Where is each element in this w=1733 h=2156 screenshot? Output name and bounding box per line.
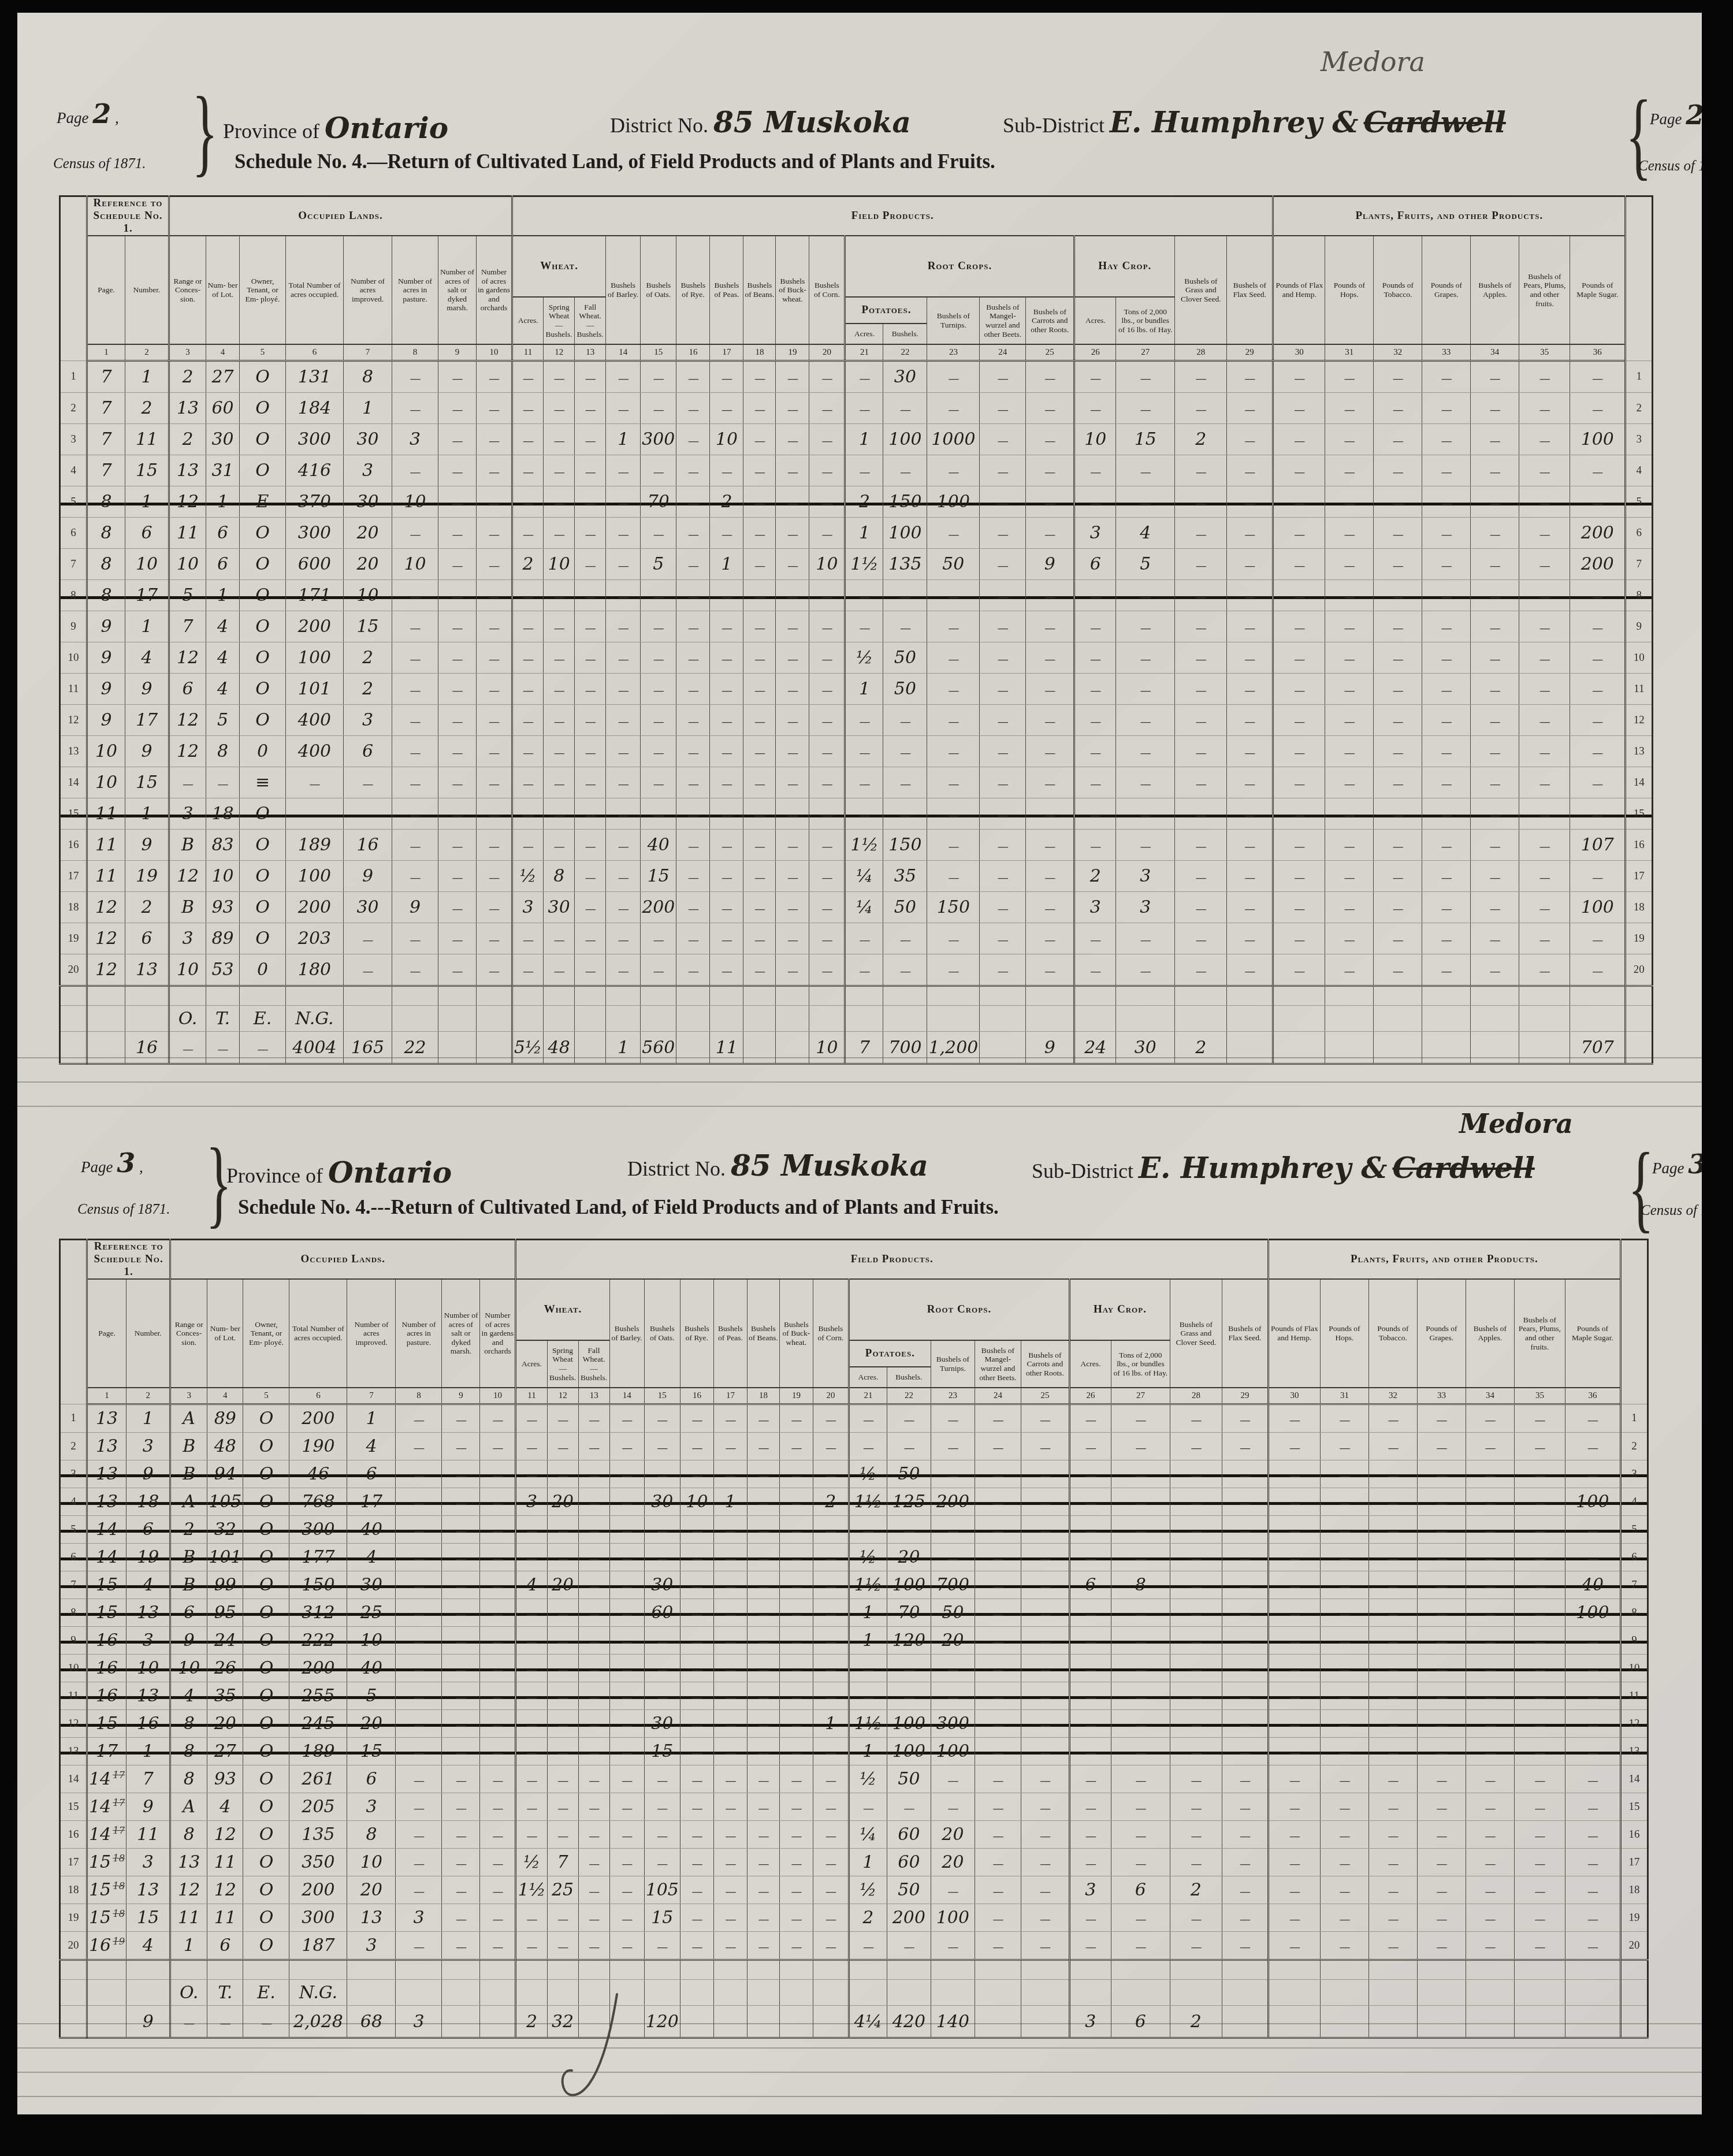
row-number-left: 7 [60, 549, 87, 580]
row-number-left: 13 [60, 736, 87, 767]
cell: — [776, 611, 809, 642]
cell: 10 [87, 736, 125, 767]
cell: — [713, 1655, 747, 1682]
cell: — [1519, 798, 1570, 830]
cell: — [477, 549, 512, 580]
cell: 1 [206, 486, 240, 518]
table-row: 1310912804006———————————————————————————… [60, 736, 1653, 767]
cell: — [1374, 361, 1422, 393]
cell: — [1565, 1516, 1620, 1544]
cell: — [1116, 767, 1175, 798]
cell: — [1074, 674, 1116, 705]
cell: — [747, 1488, 779, 1516]
cell: — [813, 1738, 849, 1765]
cell: 370 [286, 486, 344, 518]
cell: — [1374, 705, 1422, 736]
cell: O [243, 1404, 289, 1433]
row-number-right: 12 [1620, 1710, 1648, 1738]
cell: — [1325, 674, 1374, 705]
cell: 107 [1570, 830, 1626, 861]
cell [243, 1960, 289, 1980]
cell: 100 [887, 1710, 931, 1738]
cell: 25 [547, 1876, 578, 1904]
cell: — [609, 1682, 644, 1710]
cell: — [1514, 1932, 1565, 1960]
cell: — [931, 1460, 975, 1488]
row-number-right: 2 [1626, 393, 1653, 424]
subdistrict-handwritten: E. Humphrey & [1110, 105, 1359, 139]
cell: 9 [1026, 549, 1074, 580]
cell: 6 [169, 674, 206, 705]
cell: — [1268, 1571, 1320, 1599]
row-number-left: 5 [60, 486, 87, 518]
column-header-carrots: Bushels of Carrots and other Roots. [1021, 1340, 1069, 1388]
cell: 1518 [87, 1904, 127, 1932]
cell: 20 [547, 1488, 578, 1516]
cell: — [1466, 1488, 1514, 1516]
cell: — [747, 1460, 779, 1488]
cell: 187 [289, 1932, 347, 1960]
cell: 300 [286, 518, 344, 549]
cell [347, 1960, 396, 1980]
cell: 17 [125, 580, 169, 611]
cell: — [516, 1460, 547, 1488]
cell: 12 [169, 736, 206, 767]
cell: — [512, 611, 544, 642]
cell: — [1422, 674, 1471, 705]
row-number-right: 18 [1620, 1876, 1648, 1904]
cell: — [813, 1627, 849, 1655]
cell: — [396, 1516, 442, 1544]
cell [813, 1980, 849, 2006]
cell: — [1514, 1433, 1565, 1460]
cell: — [544, 798, 575, 830]
column-header-wheat-acres: Acres. [516, 1340, 547, 1388]
cell: 135 [289, 1821, 347, 1849]
cell: — [609, 1738, 644, 1765]
cell: — [575, 580, 606, 611]
cell: — [1111, 1821, 1170, 1849]
column-header: Bushels of Pears, Plums, and other fruit… [1519, 236, 1570, 344]
cell [680, 1980, 713, 2006]
cell: — [578, 1627, 609, 1655]
row-number-left [60, 1006, 87, 1032]
cell: — [849, 1433, 887, 1460]
cell: — [849, 1682, 887, 1710]
cell: — [1368, 1793, 1417, 1821]
cell: 10 [809, 549, 845, 580]
province-handwritten: Ontario [328, 1155, 452, 1189]
cell: 15 [641, 861, 676, 892]
district-label: District No. 85 Muskoka [610, 105, 911, 139]
column-header: Bushels of Buck- wheat. [776, 236, 809, 344]
cell: O [243, 1627, 289, 1655]
column-header-potato-bushels: Bushels. [883, 324, 927, 344]
cell: — [1565, 1876, 1620, 1904]
cell: — [477, 736, 512, 767]
cell: 100 [1570, 424, 1626, 455]
cell: 17 [87, 1738, 127, 1765]
cell: 20 [931, 1849, 975, 1876]
row-number-left: 8 [60, 1599, 87, 1627]
row-number-left: 18 [60, 1876, 87, 1904]
cell: — [713, 1849, 747, 1876]
cell: — [1021, 1821, 1069, 1849]
cell: — [1074, 642, 1116, 674]
cell: 31 [206, 455, 240, 486]
cell: — [644, 1765, 680, 1793]
cell: — [1268, 1710, 1320, 1738]
cell: 1,200 [927, 1032, 980, 1064]
cell: — [1175, 674, 1227, 705]
cell: 6 [125, 923, 169, 954]
column-header-number: Number. [127, 1279, 170, 1388]
cell: 70 [887, 1599, 931, 1627]
cell: — [516, 1904, 547, 1932]
cell: N.G. [286, 1006, 344, 1032]
cell: — [1320, 1627, 1368, 1655]
cell [442, 2006, 480, 2038]
cell [1417, 1960, 1466, 1980]
cell: 200 [641, 892, 676, 923]
cell: 6 [206, 549, 240, 580]
cell: — [1471, 861, 1519, 892]
cell: 100 [1565, 1599, 1620, 1627]
cell: — [1570, 767, 1626, 798]
cell: — [1466, 1627, 1514, 1655]
cell: — [710, 892, 743, 923]
cell: — [1514, 1682, 1565, 1710]
group-header-reference: Reference to Schedule No. 1. [87, 196, 169, 236]
row-number-right: 8 [1620, 1599, 1648, 1627]
cell: — [1320, 1821, 1368, 1849]
row-number-right: 4 [1620, 1488, 1648, 1516]
cell: — [743, 424, 776, 455]
cell: — [512, 923, 544, 954]
column-header: Owner, Tenant, or Em- ployé. [243, 1279, 289, 1388]
cell: — [1111, 1404, 1170, 1433]
cell: — [1417, 1821, 1466, 1849]
cell: — [1519, 767, 1570, 798]
cell: 30 [644, 1710, 680, 1738]
cell: — [606, 549, 641, 580]
cell: — [676, 361, 710, 393]
cell [344, 986, 392, 1006]
cell: — [743, 923, 776, 954]
cell: — [975, 1765, 1021, 1793]
overwritten-value: 17 [113, 1797, 125, 1808]
row-number-right: 19 [1620, 1904, 1648, 1932]
row-number-right: 1 [1620, 1404, 1648, 1433]
cell: 9 [344, 861, 392, 892]
cell: O [240, 861, 286, 892]
cell: — [344, 923, 392, 954]
column-header-carrots: Bushels of Carrots and other Roots. [1026, 297, 1074, 344]
column-header-fall-wheat: Fall Wheat. — Bushels. [578, 1340, 609, 1388]
cell: — [609, 1849, 644, 1876]
cell: — [975, 1821, 1021, 1849]
column-number: 21 [849, 1388, 887, 1404]
cell: 100 [931, 1738, 975, 1765]
cell: — [396, 1404, 442, 1433]
cell: 11 [87, 830, 125, 861]
cell: — [809, 767, 845, 798]
cell: — [547, 1433, 578, 1460]
table-row: 16141711812O1358—————————————¼6020——————… [60, 1821, 1648, 1849]
cell: — [243, 2006, 289, 2038]
cell: — [975, 1738, 1021, 1765]
cell: — [743, 767, 776, 798]
cell: — [1466, 1738, 1514, 1765]
cell: — [813, 1849, 849, 1876]
cell: — [1222, 1516, 1268, 1544]
cell: — [1471, 455, 1519, 486]
cell [1273, 1006, 1325, 1032]
cell: — [1466, 1765, 1514, 1793]
cell: — [438, 486, 477, 518]
column-header: Bushels of Beans. [743, 236, 776, 344]
cell: 9 [125, 736, 169, 767]
cell: 17 [347, 1488, 396, 1516]
cell: — [1227, 580, 1273, 611]
table-row: 47151331O4163———————————————————————————… [60, 455, 1653, 486]
cell: — [776, 954, 809, 986]
cell: — [845, 455, 883, 486]
cell: 300 [289, 1904, 347, 1932]
cell: 10 [344, 580, 392, 611]
cell [169, 986, 206, 1006]
row-number-left: 16 [60, 830, 87, 861]
cell [1325, 1032, 1374, 1064]
cell: 10 [127, 1655, 170, 1682]
row-number-left: 19 [60, 923, 87, 954]
cell: 7 [127, 1765, 170, 1793]
cell: — [1111, 1488, 1170, 1516]
cell: — [845, 705, 883, 736]
cell: — [779, 1516, 813, 1544]
column-number: 16 [680, 1388, 713, 1404]
cell: — [575, 642, 606, 674]
cell: — [1026, 611, 1074, 642]
cell: — [883, 954, 927, 986]
cell: — [1417, 1433, 1466, 1460]
cell: — [1368, 1738, 1417, 1765]
cell: — [743, 830, 776, 861]
column-header: Number of acres in gardens and orchards [477, 236, 512, 344]
cell: — [1514, 1793, 1565, 1821]
cell [1471, 1032, 1519, 1064]
cell: — [1422, 830, 1471, 861]
cell: — [980, 830, 1026, 861]
cell: — [980, 393, 1026, 424]
cell: — [845, 798, 883, 830]
cell [87, 1032, 125, 1064]
cell: — [776, 674, 809, 705]
column-header: Bushels of Pears, Plums, and other fruit… [1514, 1279, 1565, 1388]
cell: — [747, 1627, 779, 1655]
column-number: 14 [606, 344, 641, 361]
cell [1565, 1980, 1620, 2006]
cell: 261 [289, 1765, 347, 1793]
cell: — [1273, 705, 1325, 736]
cell: — [1227, 361, 1273, 393]
row-number-right: 5 [1626, 486, 1653, 518]
cell [980, 986, 1026, 1006]
cell: — [1268, 1821, 1320, 1849]
cell: 11 [207, 1904, 243, 1932]
cell: — [779, 1571, 813, 1599]
cell: — [1268, 1738, 1320, 1765]
cell: — [927, 798, 980, 830]
cell: — [927, 580, 980, 611]
table-row: 2133B48O1904————————————————————————————… [60, 1433, 1648, 1460]
cell: — [1170, 1571, 1222, 1599]
cell: 15 [125, 767, 169, 798]
cell [1320, 1960, 1368, 1980]
cell: — [609, 1793, 644, 1821]
cell [480, 1960, 516, 1980]
totals-label-row: O.T.E.N.G. [60, 1980, 1648, 2006]
cell: — [392, 736, 438, 767]
cell: 1518 [87, 1876, 127, 1904]
cell: — [392, 830, 438, 861]
cell: — [1222, 1876, 1268, 1904]
cell: 10 [680, 1488, 713, 1516]
column-number: 20 [809, 344, 845, 361]
cell: — [516, 1738, 547, 1765]
cell: — [396, 1793, 442, 1821]
cell: B [170, 1571, 207, 1599]
cell: 30 [344, 486, 392, 518]
cell: 0 [240, 954, 286, 986]
column-header: Range or Conces- sion. [169, 236, 206, 344]
column-number: 24 [975, 1388, 1021, 1404]
cell: 60 [887, 1849, 931, 1876]
cell: — [477, 642, 512, 674]
cell: 25 [347, 1599, 396, 1627]
cell [1422, 986, 1471, 1006]
cell: — [606, 580, 641, 611]
cell: — [1111, 1599, 1170, 1627]
cell: — [1026, 580, 1074, 611]
column-number: 19 [779, 1388, 813, 1404]
cell: 19 [125, 861, 169, 892]
cell: 7 [87, 393, 125, 424]
cell: 10 [1074, 424, 1116, 455]
cell: 30 [883, 361, 927, 393]
cell: 5 [641, 549, 676, 580]
cell: — [980, 642, 1026, 674]
cell: 46 [289, 1460, 347, 1488]
cell: 53 [206, 954, 240, 986]
cell: 7 [845, 1032, 883, 1064]
cell: — [680, 1821, 713, 1849]
cell: — [480, 1571, 516, 1599]
cell: — [1368, 1876, 1417, 1904]
column-header: Pounds of Tobacco. [1368, 1279, 1417, 1388]
cell: 8 [1111, 1571, 1170, 1599]
cell: — [1417, 1516, 1466, 1544]
cell: — [845, 361, 883, 393]
cell: 3 [127, 1849, 170, 1876]
cell: 3 [396, 1904, 442, 1932]
cell [680, 1960, 713, 1980]
overwritten-value: 17 [113, 1825, 125, 1836]
cell: — [606, 767, 641, 798]
cell: — [644, 1793, 680, 1821]
cell: — [1111, 1682, 1170, 1710]
cell: 184 [286, 393, 344, 424]
cell: — [575, 674, 606, 705]
cell: — [1069, 1682, 1111, 1710]
cell: — [776, 736, 809, 767]
cell: — [575, 798, 606, 830]
cell: — [1565, 1627, 1620, 1655]
cell: — [544, 361, 575, 393]
cell [125, 1006, 169, 1032]
column-header: Number of acres in gardens and orchards [480, 1279, 516, 1388]
row-number-left: 5 [60, 1516, 87, 1544]
cell: 4¼ [849, 2006, 887, 2038]
cell: 15 [87, 1599, 127, 1627]
column-number: 30 [1268, 1388, 1320, 1404]
cell: 16 [125, 1032, 169, 1064]
cell: O. [170, 1980, 207, 2006]
cell: — [1422, 923, 1471, 954]
cell: — [927, 642, 980, 674]
cell: 6 [347, 1460, 396, 1488]
column-header-page: Page. [87, 236, 125, 344]
margin-column-right [1620, 1240, 1648, 1404]
cell: 5 [206, 705, 240, 736]
cell: 3 [127, 1627, 170, 1655]
cell: — [512, 830, 544, 861]
cell: 12 [169, 705, 206, 736]
cell: — [1422, 580, 1471, 611]
cell: — [578, 1655, 609, 1682]
cell: — [644, 1849, 680, 1876]
cell: — [575, 892, 606, 923]
cell: 2,028 [289, 2006, 347, 2038]
cell: 13 [87, 1460, 127, 1488]
cell [344, 1006, 392, 1032]
cell: 8 [87, 580, 125, 611]
cell: — [575, 954, 606, 986]
cell: 11 [127, 1821, 170, 1849]
cell: 1½ [845, 549, 883, 580]
cell: — [575, 424, 606, 455]
cell: — [1514, 1571, 1565, 1599]
cell: — [438, 861, 477, 892]
cell: — [1227, 736, 1273, 767]
cell: — [442, 1571, 480, 1599]
cell: — [606, 486, 641, 518]
cell: — [1175, 518, 1227, 549]
cell: — [1466, 1655, 1514, 1682]
cell: 2 [1175, 424, 1227, 455]
row-number-right: 9 [1620, 1627, 1648, 1655]
cell: 11 [87, 861, 125, 892]
cell: — [680, 1932, 713, 1960]
cell: 100 [887, 1738, 931, 1765]
cell: 32 [207, 1516, 243, 1544]
cell: — [743, 798, 776, 830]
cell: — [1175, 767, 1227, 798]
cell: — [396, 1599, 442, 1627]
cell: — [1325, 361, 1374, 393]
cell: — [544, 580, 575, 611]
cell: 300 [286, 424, 344, 455]
